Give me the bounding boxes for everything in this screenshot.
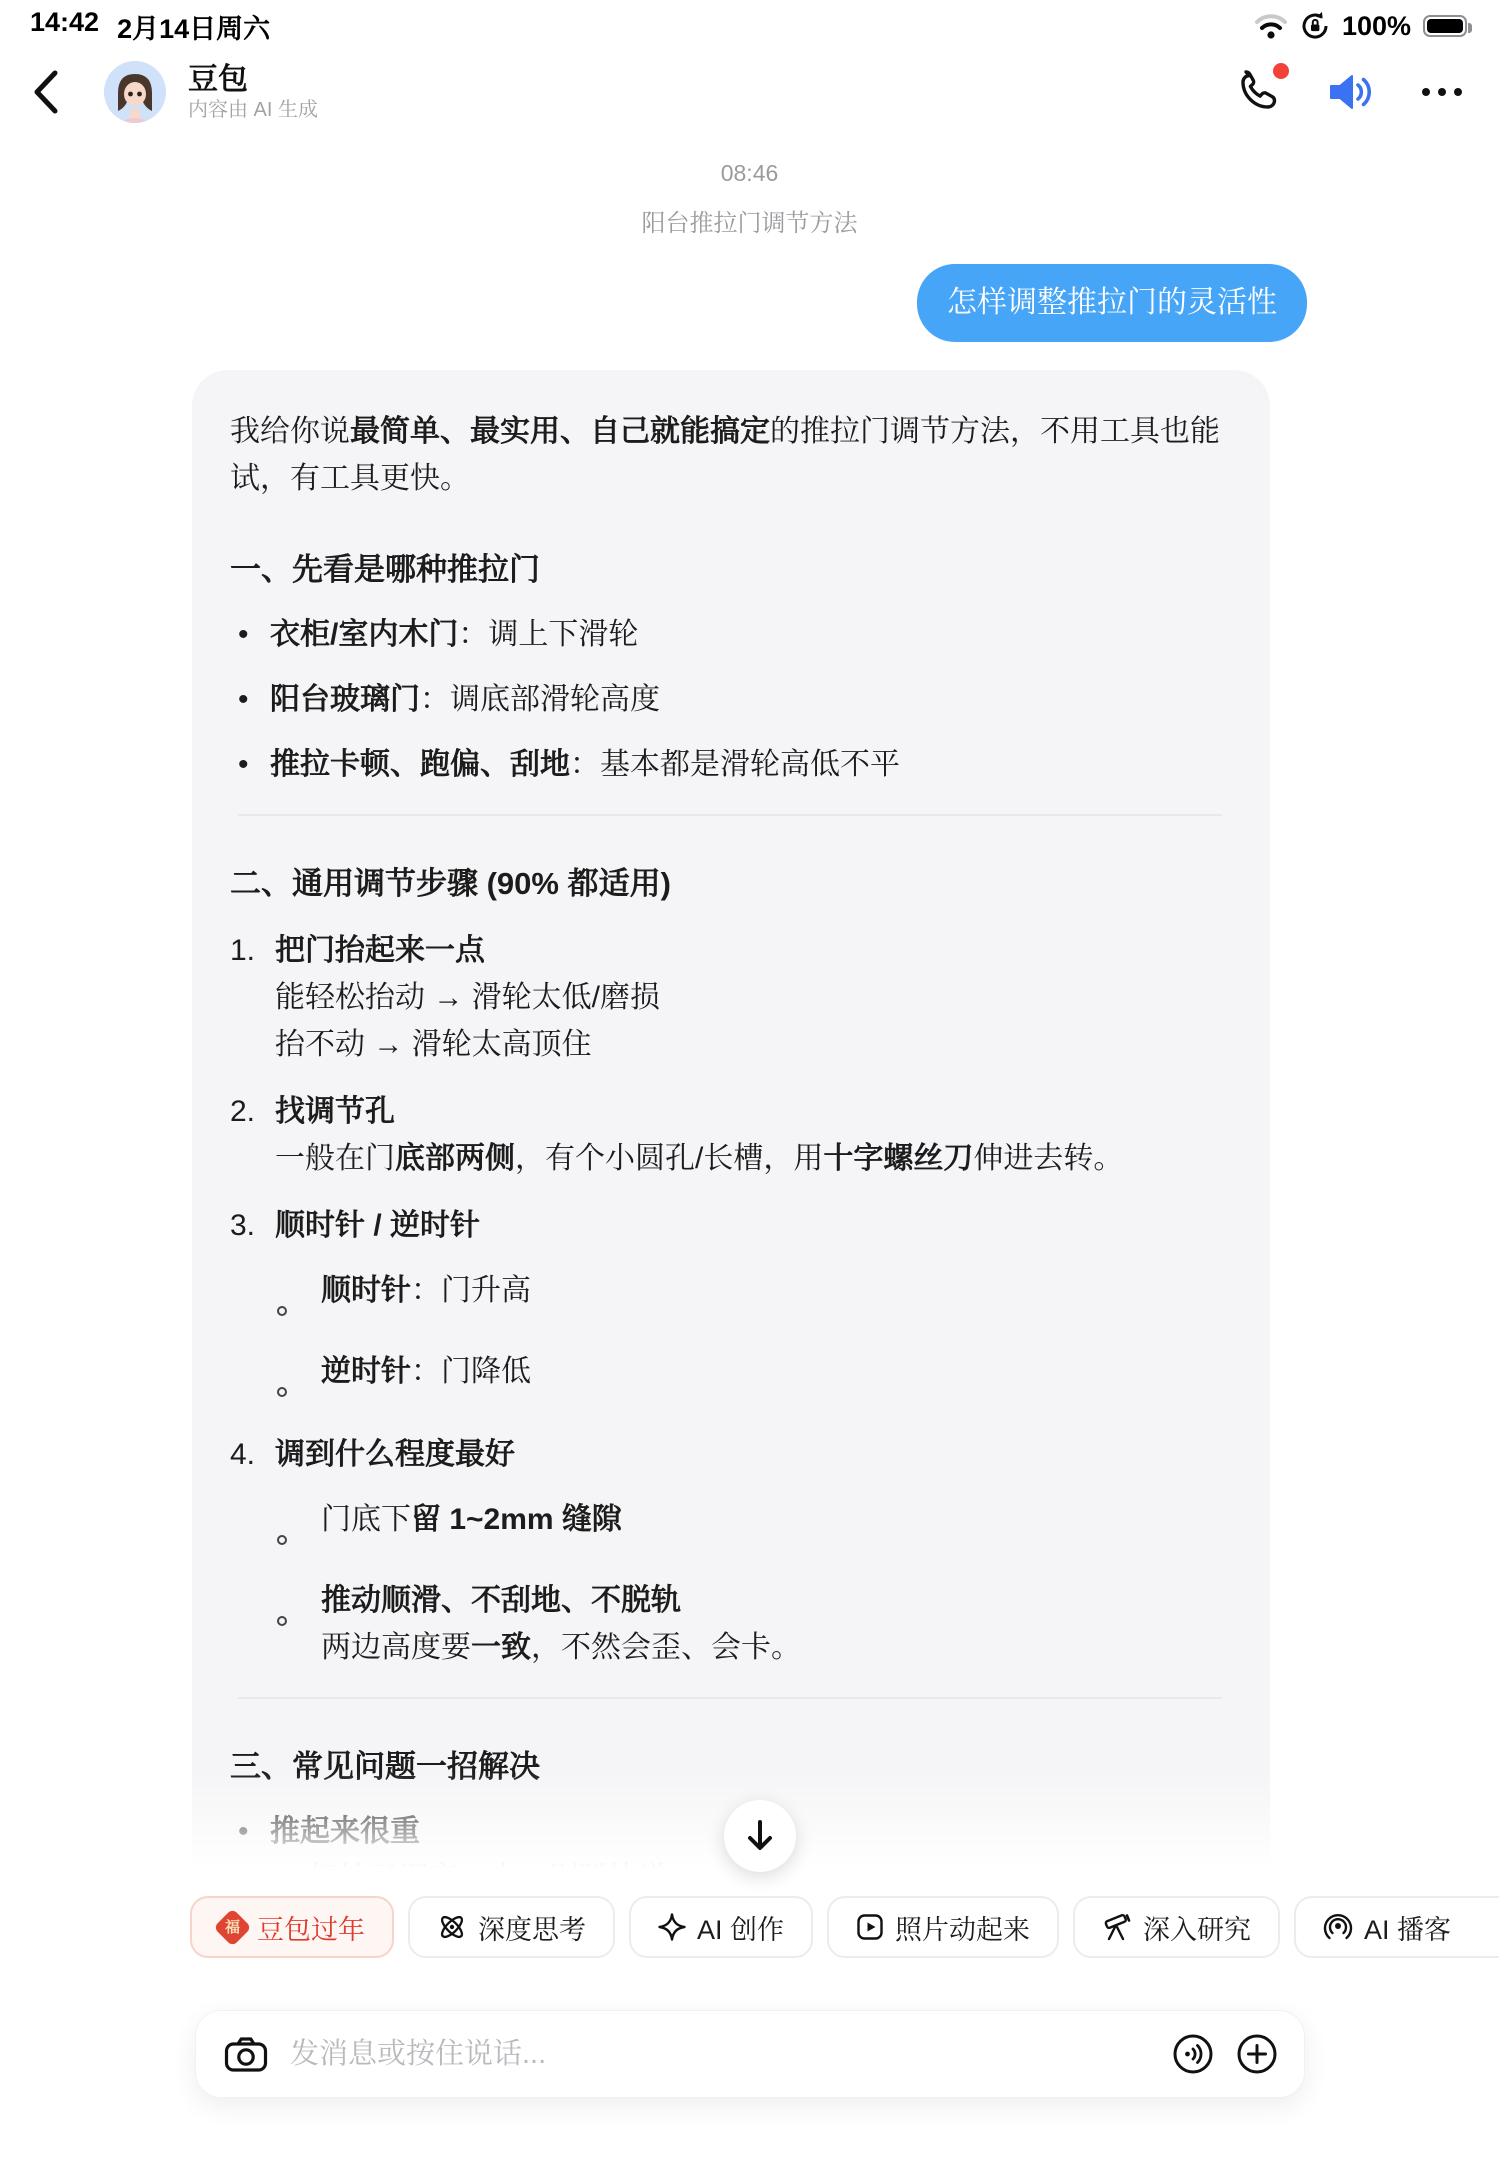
telescope-icon	[1102, 1912, 1132, 1942]
ai-message-bubble[interactable]: 我给你说最简单、最实用、自己就能搞定的推拉门调节方法，不用工具也能试，有工具更快…	[192, 370, 1270, 1886]
voice-wave-icon[interactable]	[1172, 2033, 1214, 2075]
numbered-item: 1.把门抬起来一点能轻松抬动 → 滑轮太低/磨损抬不动 → 滑轮太高顶住	[230, 927, 1230, 1068]
list-item: •衣柜/室内木门：调上下滑轮	[230, 611, 1230, 658]
atom-icon	[437, 1912, 467, 1942]
numbered-item: 3.顺时针 / 逆时针顺时针：门升高逆时针：门降低	[230, 1202, 1230, 1411]
bullet-dot: •	[230, 741, 270, 788]
bullet-list: •衣柜/室内木门：调上下滑轮•阳台玻璃门：调底部滑轮高度•推拉卡顿、跑偏、刮地：…	[230, 611, 1230, 788]
topic-hint: 阳台推拉门调节方法	[192, 203, 1307, 238]
message-line: 一般在门底部两侧，有个小圆孔/长槽，用十字螺丝刀伸进去转。	[275, 1135, 1230, 1182]
message-line: 抬不动 → 滑轮太高顶住	[275, 1021, 1230, 1068]
chip-ai-create[interactable]: AI 创作	[629, 1896, 813, 1958]
chip-label: 照片动起来	[895, 1908, 1030, 1947]
message-divider	[238, 814, 1222, 816]
arrow-down-icon	[745, 1819, 775, 1853]
sub-list-item: 顺时针：门升高	[277, 1267, 1230, 1330]
item-number: 4.	[230, 1431, 275, 1671]
app-screen: 14:42 2月14日周六 100%	[0, 0, 1499, 2158]
time-divider: 08:46	[192, 160, 1307, 187]
sub-list-item: 逆时针：门降低	[277, 1348, 1230, 1411]
numbered-item: 4.调到什么程度最好门底下留 1~2mm 缝隙推动顺滑、不刮地、不脱轨两边高度要…	[230, 1431, 1230, 1671]
bullet-dot: •	[230, 1808, 270, 1886]
plus-icon[interactable]	[1236, 2033, 1278, 2075]
chip-deep-research[interactable]: 深入研究	[1073, 1896, 1280, 1958]
message-line: 能轻松抬动 → 滑轮太低/磨损	[275, 974, 1230, 1021]
item-number: 2.	[230, 1088, 275, 1182]
chip-label: AI 播客	[1364, 1908, 1451, 1947]
hollow-bullet	[277, 1348, 321, 1411]
hollow-bullet	[277, 1267, 321, 1330]
message-heading: 一、先看是哪种推拉门	[230, 546, 1230, 593]
chip-label: AI 创作	[697, 1908, 784, 1947]
bullet-dot: •	[230, 676, 270, 723]
numbered-item: 2.找调节孔一般在门底部两侧，有个小圆孔/长槽，用十字螺丝刀伸进去转。	[230, 1088, 1230, 1182]
item-number: 3.	[230, 1202, 275, 1411]
chip-doubao-new-year[interactable]: 福 豆包过年	[190, 1896, 394, 1958]
ai-message-content: 我给你说最简单、最实用、自己就能搞定的推拉门调节方法，不用工具也能试，有工具更快…	[230, 408, 1230, 1886]
chip-label: 豆包过年	[257, 1908, 365, 1947]
list-item: •阳台玻璃门：调底部滑轮高度	[230, 676, 1230, 723]
message-input[interactable]	[288, 2037, 1172, 2072]
quick-actions-toolbar[interactable]: 福 豆包过年 深度思考 AI 创作	[0, 1896, 1499, 1960]
chip-deep-thinking[interactable]: 深度思考	[408, 1896, 615, 1958]
sub-list-item: 推动顺滑、不刮地、不脱轨两边高度要一致，不然会歪、会卡。	[277, 1577, 1230, 1671]
chip-animate-photo[interactable]: 照片动起来	[827, 1896, 1059, 1958]
hollow-bullet	[277, 1577, 321, 1671]
message-divider	[238, 1697, 1222, 1699]
list-item: •推拉卡顿、跑偏、刮地：基本都是滑轮高低不平	[230, 741, 1230, 788]
chip-label: 深入研究	[1143, 1908, 1251, 1947]
play-square-icon	[856, 1913, 884, 1941]
chip-ai-podcast[interactable]: AI 播客	[1294, 1896, 1499, 1958]
user-message-bubble[interactable]: 怎样调整推拉门的灵活性	[917, 264, 1307, 342]
numbered-list: 1.把门抬起来一点能轻松抬动 → 滑轮太低/磨损抬不动 → 滑轮太高顶住2.找调…	[230, 927, 1230, 1671]
sparkle-icon	[658, 1913, 686, 1941]
chip-label: 深度思考	[478, 1908, 586, 1947]
message-heading: 二、通用调节步骤 (90% 都适用)	[230, 860, 1230, 907]
message-heading: 三、常见问题一招解决	[230, 1743, 1230, 1790]
podcast-icon	[1323, 1912, 1353, 1942]
hollow-bullet	[277, 1496, 321, 1559]
chat-scroll-area[interactable]: 08:46 阳台推拉门调节方法 怎样调整推拉门的灵活性 我给你说最简单、最实用、…	[0, 0, 1499, 1886]
message-line: 两边高度要一致，不然会歪、会卡。	[321, 1624, 1230, 1671]
sub-list-item: 门底下留 1~2mm 缝隙	[277, 1496, 1230, 1559]
message-input-bar[interactable]	[195, 2010, 1305, 2098]
message-paragraph: 我给你说最简单、最实用、自己就能搞定的推拉门调节方法，不用工具也能试，有工具更快…	[230, 408, 1230, 502]
scroll-to-bottom-button[interactable]	[724, 1800, 796, 1872]
camera-icon[interactable]	[224, 2035, 268, 2073]
item-number: 1.	[230, 927, 275, 1068]
bullet-dot: •	[230, 611, 270, 658]
fu-diamond-icon: 福	[213, 1908, 251, 1946]
